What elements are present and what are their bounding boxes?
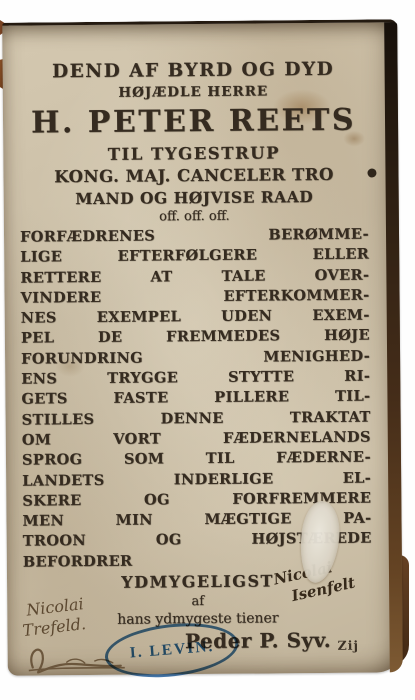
dedication-body-line: SPROG SOM TIL FÆDERNE-	[22, 448, 371, 471]
dedication-body-line: GETS FASTE PILLERE TIL-	[21, 387, 370, 410]
dedication-line-5: KONG. MAJ. CANCELER TRO	[19, 164, 368, 189]
dedicatee-name: H. PETER REETS	[19, 100, 368, 145]
dedication-body-line: LIGE EFTERFØLGERE ELLER	[20, 245, 369, 268]
ink-blot	[367, 168, 376, 177]
dedication-line-6: MAND OG HØJVISE RAAD	[20, 186, 369, 210]
dedication-body-line: PEL DE FREMMEDES HØJE	[21, 326, 370, 349]
owner-stamp-text: I. LEVIN.	[129, 638, 215, 663]
gathering-signature-mark: Zij	[338, 638, 360, 653]
dedication-body-line: RETTERE AT TALE OVER-	[20, 265, 369, 288]
book-photo: DEND AF BYRD OG DYD HØJÆDLE HERRE H. PET…	[0, 0, 415, 700]
dedication-line-1: DEND AF BYRD OG DYD	[18, 57, 367, 86]
dedication-body-line: LANDETS INDERLIGE EL-	[22, 468, 371, 491]
handwritten-ownership-left: Nicolai Trefeld.	[25, 594, 87, 640]
fore-edge-strip	[384, 22, 403, 672]
dedication-line-4: TIL TYGESTRUP	[19, 142, 368, 167]
title-page: DEND AF BYRD OG DYD HØJÆDLE HERRE H. PET…	[2, 19, 403, 675]
